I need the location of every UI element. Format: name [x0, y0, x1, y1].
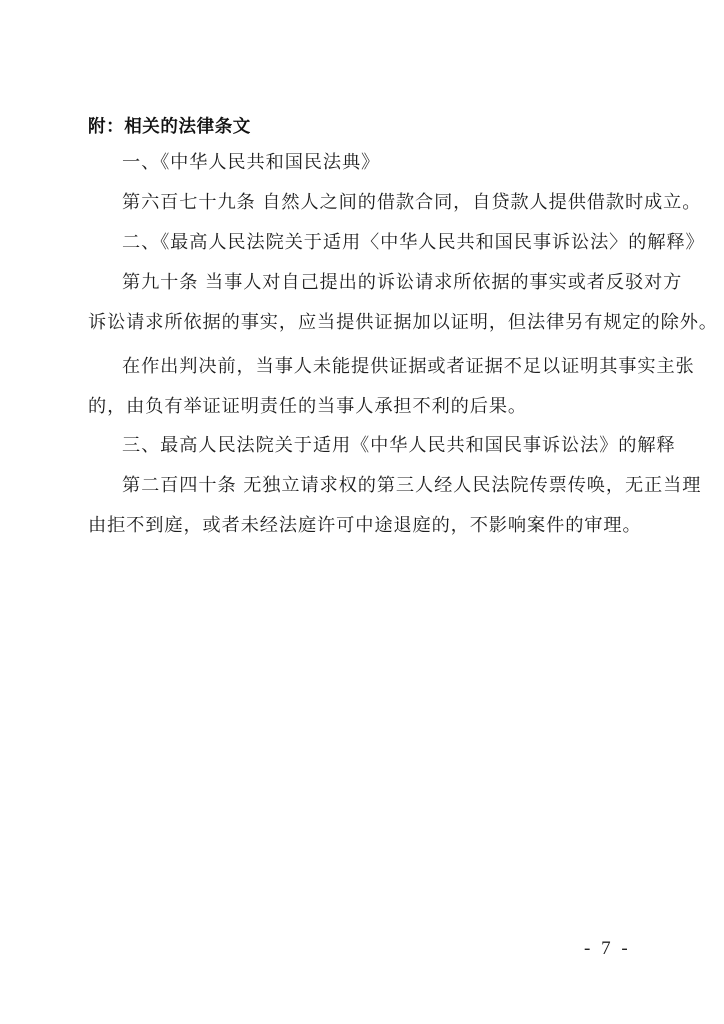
appendix-heading: 附：相关的法律条文: [88, 113, 633, 141]
page-number: - 7 -: [584, 936, 644, 962]
article-90-para-2-line-2: 的，由负有举证证明责任的当事人承担不利的后果。: [88, 393, 633, 421]
article-90-line-2: 诉讼请求所依据的事实，应当提供证据加以证明，但法律另有规定的除外。: [88, 309, 633, 337]
section-title-civil-procedure-interpretation-2: 三、最高人民法院关于适用《中华人民共和国民事诉讼法》的解释: [122, 432, 633, 460]
document-page: 附：相关的法律条文 一、《中华人民共和国民法典》 第六百七十九条 自然人之间的借…: [0, 0, 724, 1024]
section-title-civil-code: 一、《中华人民共和国民法典》: [122, 149, 633, 177]
article-240-line-2: 由拒不到庭，或者未经法庭许可中途退庭的，不影响案件的审理。: [88, 512, 633, 540]
section-title-civil-procedure-interpretation: 二、《最高人民法院关于适用〈中华人民共和国民事诉讼法〉的解释》: [122, 229, 633, 257]
article-240-line-1: 第二百四十条 无独立请求权的第三人经人民法院传票传唤，无正当理: [122, 472, 633, 500]
article-90-para-2-line-1: 在作出判决前，当事人未能提供证据或者证据不足以证明其事实主张: [122, 353, 633, 381]
article-679: 第六百七十九条 自然人之间的借款合同，自贷款人提供借款时成立。: [122, 189, 633, 217]
article-90-line-1: 第九十条 当事人对自己提出的诉讼请求所依据的事实或者反驳对方: [122, 269, 633, 297]
